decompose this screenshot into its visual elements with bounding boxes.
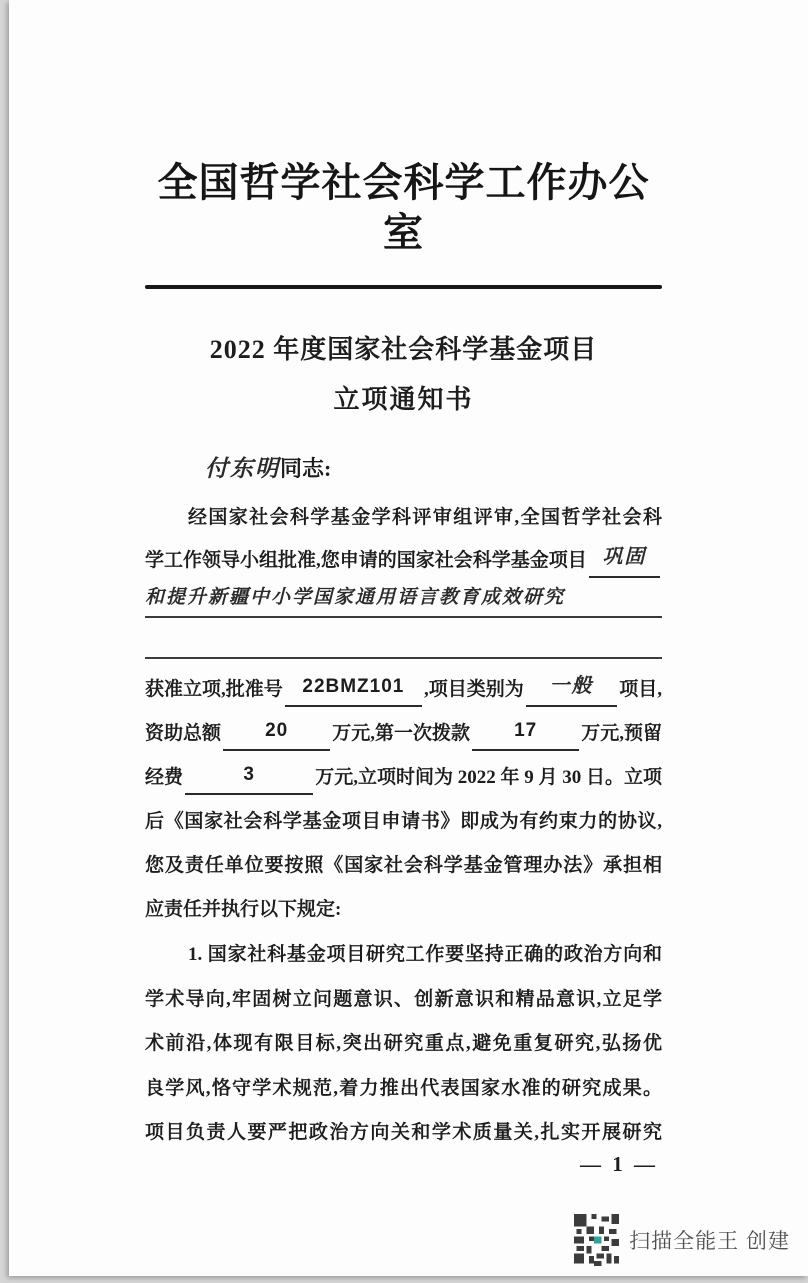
intro-line2-text: 学工作领导小组批准,您申请的国家社会科学基金项目 <box>145 539 587 582</box>
project-title-blank-part1: 巩固 <box>589 539 660 578</box>
project-title-handwritten-part1: 巩固 <box>602 546 646 568</box>
approval-line2-text-a: 资助总额 <box>145 712 221 756</box>
project-category-blank: 一般 <box>526 668 617 707</box>
intro-line2: 学工作领导小组批准,您申请的国家社会科学基金项目 巩固 <box>145 539 662 582</box>
item1-line1: 1. 国家社科基金项目研究工作要坚持正确的政治方向和 <box>145 933 662 978</box>
regulation-item-1: 1. 国家社科基金项目研究工作要坚持正确的政治方向和 学术导向,牢固树立问题意识… <box>145 933 662 1156</box>
doc-title-line2: 立项通知书 <box>145 383 662 417</box>
intro-line3: 和提升新疆中小学国家通用语言教育成效研究 <box>145 582 662 618</box>
document-content: 全国哲学社会科学工作办公室 2022 年度国家社会科学基金项目 立项通知书 付东… <box>145 158 662 1177</box>
project-category-handwritten: 一般 <box>549 675 593 697</box>
item1-line2: 学术导向,牢固树立问题意识、创新意识和精品意识,立足学 <box>145 978 662 1023</box>
total-funding-value: 20 <box>265 720 288 741</box>
approval-line1: 获准立项,批准号 22BMZ101 ,项目类别为 一般 项目, <box>145 668 662 712</box>
approval-line5: 您及责任单位要按照《国家社会科学基金管理办法》承担相 <box>145 844 662 888</box>
first-payment-blank: 17 <box>472 712 579 751</box>
salutation: 付东明同志: <box>145 454 662 484</box>
approval-line1-text-a: 获准立项,批准号 <box>145 668 283 712</box>
section-divider-rule <box>145 657 662 659</box>
approval-number-value: 22BMZ101 <box>302 676 404 697</box>
approval-line2-text-c: 万元,预留 <box>581 712 662 756</box>
camscanner-watermark: 扫描全能王 创建 <box>574 1214 790 1266</box>
qr-code-icon <box>574 1214 619 1266</box>
org-title: 全国哲学社会科学工作办公室 <box>145 158 662 258</box>
approval-line3-text-b: 万元,立项时间为 2022 年 9 月 30 日。立项 <box>315 756 662 800</box>
approval-line2: 资助总额 20 万元,第一次拨款 17 万元,预留 <box>145 712 662 756</box>
approval-line1-text-c: 项目, <box>619 668 662 712</box>
first-payment-value: 17 <box>514 720 537 741</box>
approval-line3: 经费 3 万元,立项时间为 2022 年 9 月 30 日。立项 <box>145 756 662 800</box>
intro-line1: 经国家社会科学基金学科评审组评审,全国哲学社会科 <box>145 496 662 539</box>
item1-line4: 良学风,恪守学术规范,着力推出代表国家水准的研究成果。 <box>145 1067 662 1112</box>
intro-paragraph: 经国家社会科学基金学科评审组评审,全国哲学社会科 学工作领导小组批准,您申请的国… <box>145 496 662 618</box>
reserved-funding-value: 3 <box>243 764 255 785</box>
doc-title-line1: 2022 年度国家社会科学基金项目 <box>145 334 662 366</box>
item1-line5: 项目负责人要严把政治方向关和学术质量关,扎实开展研究 <box>145 1111 662 1156</box>
salutation-suffix: 同志: <box>280 456 331 481</box>
title-rule <box>145 285 662 289</box>
scanned-document-page: 全国哲学社会科学工作办公室 2022 年度国家社会科学基金项目 立项通知书 付东… <box>9 0 808 1276</box>
recipient-name-handwritten: 付东明 <box>205 456 280 481</box>
total-funding-blank: 20 <box>223 712 330 751</box>
approval-number-blank: 22BMZ101 <box>285 668 422 707</box>
approval-paragraph: 获准立项,批准号 22BMZ101 ,项目类别为 一般 项目, 资助总额 20 … <box>145 668 662 932</box>
approval-line1-text-b: ,项目类别为 <box>424 668 524 712</box>
project-title-handwritten-part2: 和提升新疆中小学国家通用语言教育成效研究 <box>145 587 565 608</box>
approval-line4: 后《国家社会科学基金项目申请书》即成为有约束力的协议, <box>145 800 662 844</box>
approval-line6: 应责任并执行以下规定: <box>145 888 662 932</box>
approval-line3-text-a: 经费 <box>145 756 183 800</box>
watermark-label: 扫描全能王 创建 <box>629 1225 790 1255</box>
item1-line3: 术前沿,体现有限目标,突出研究重点,避免重复研究,弘扬优 <box>145 1022 662 1067</box>
reserved-funding-blank: 3 <box>185 756 313 795</box>
approval-line2-text-b: 万元,第一次拨款 <box>332 712 470 756</box>
